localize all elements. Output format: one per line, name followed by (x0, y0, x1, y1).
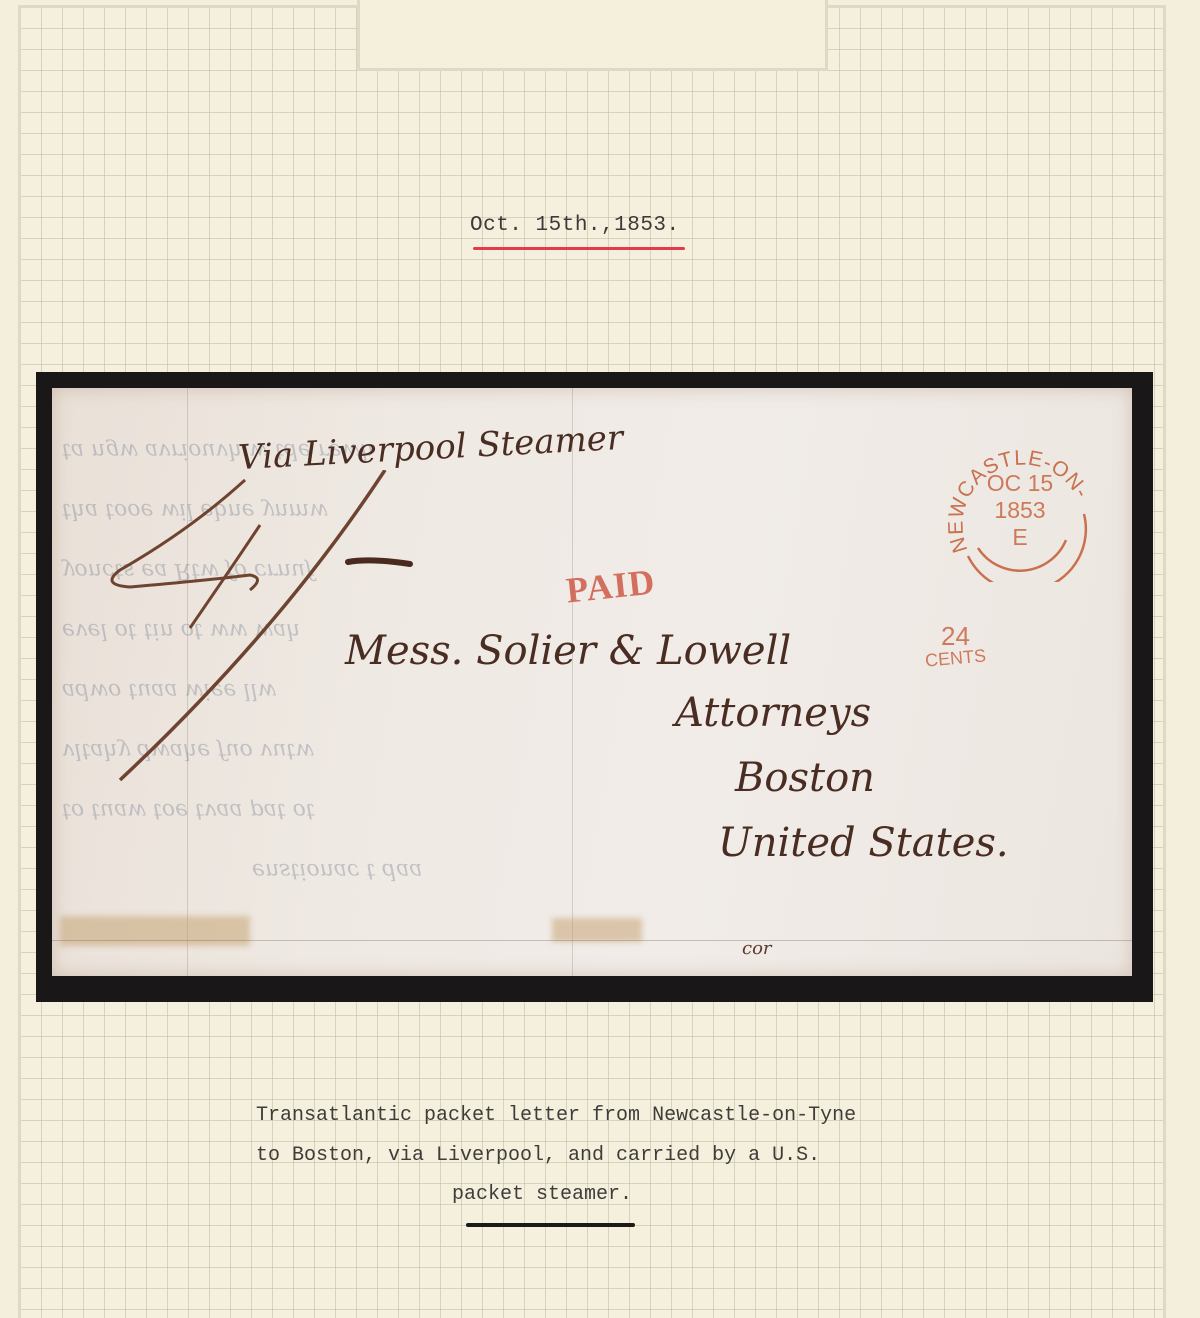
address-line-1: Mess. Solier & Lowell (345, 628, 791, 674)
address-line-4: United States. (718, 820, 1009, 866)
cents-marking: 24 CENTS (925, 625, 986, 669)
caption-line-2: to Boston, via Liverpool, and carried by… (256, 1144, 820, 1167)
album-page-header-notch (357, 0, 828, 71)
cents-label: CENTS (924, 644, 987, 671)
tape-stain (552, 918, 642, 942)
address-line-3: Boston (735, 755, 875, 801)
date-underline (473, 247, 685, 250)
page-date-heading: Oct. 15th.,1853. (470, 214, 680, 237)
tape-stain (60, 916, 250, 946)
caption-line-3: packet steamer. (452, 1183, 632, 1206)
docket-note: cor (742, 938, 772, 959)
cents-value: 24 (925, 625, 986, 647)
postmark-year: 1853 (975, 497, 1065, 524)
caption-line-1: Transatlantic packet letter from Newcast… (256, 1104, 856, 1127)
caption-underline (466, 1223, 635, 1227)
fold-line (572, 388, 573, 976)
address-line-2: Attorneys (675, 690, 871, 736)
postmark-code: E (975, 524, 1065, 551)
fold-crease (52, 940, 1132, 941)
postmark-date-block: OC 15 1853 E (975, 470, 1065, 551)
postmark-date: OC 15 (975, 470, 1065, 497)
